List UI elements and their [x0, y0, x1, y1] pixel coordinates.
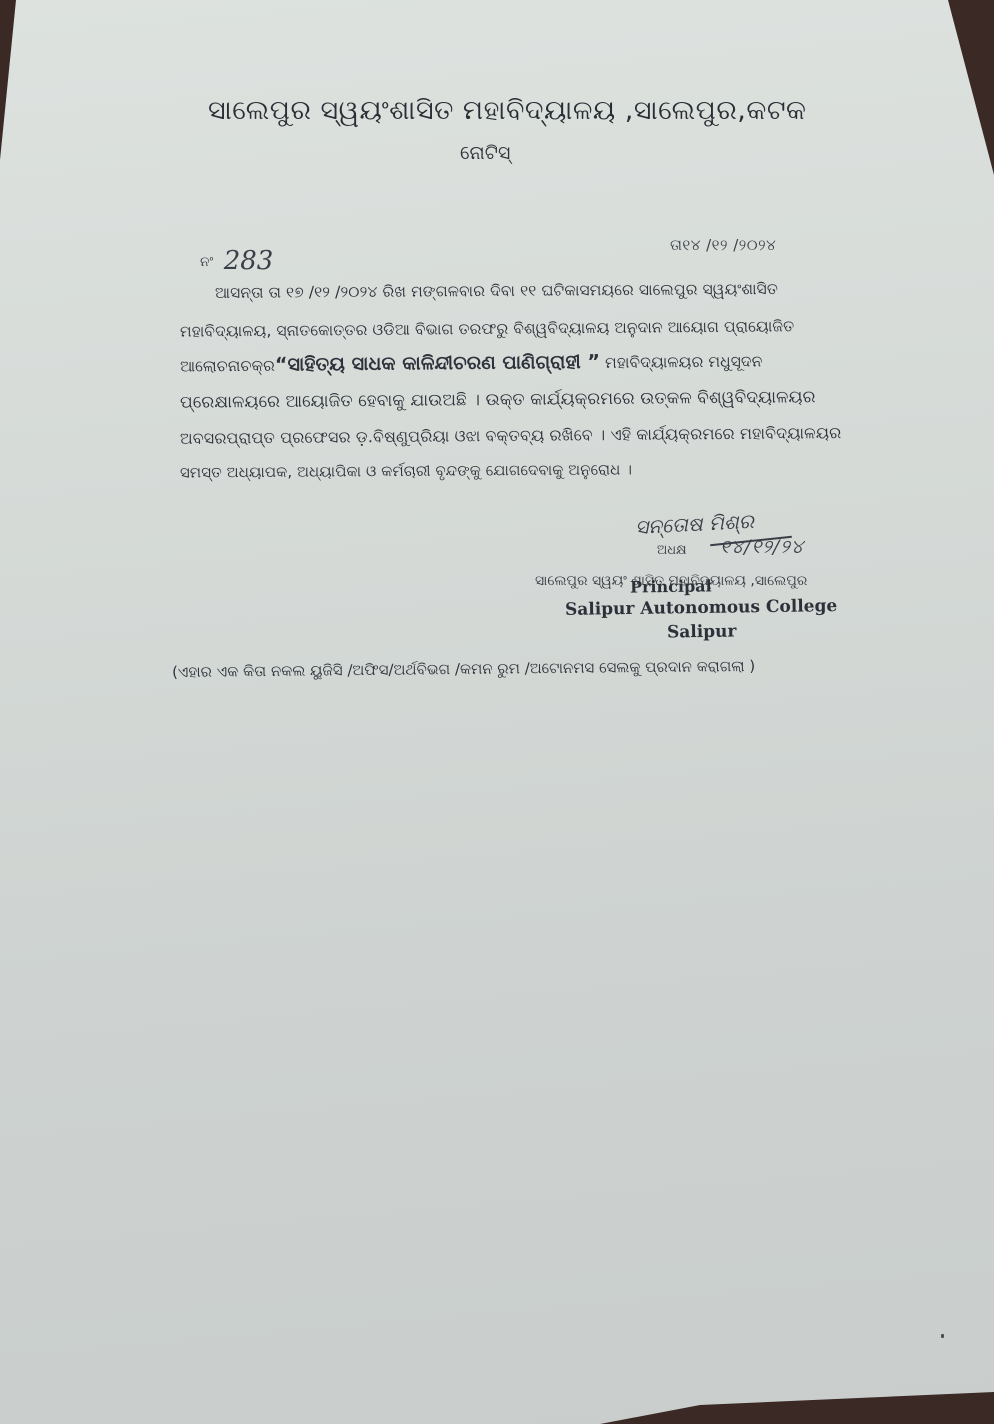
designation-label: ଅଧକ୍ଷ [657, 543, 687, 558]
stamp-place: Salipur [667, 622, 737, 643]
paper-speck [941, 1334, 944, 1338]
college-title: ସାଲେପୁର ସ୍ୱୟଂଶାସିତ ମହାବିଦ୍ୟାଳୟ ,ସାଲେପୁର,… [208, 95, 807, 127]
notice-number-prefix: ନଂ [200, 254, 213, 270]
notice-number: ନଂ 283 [200, 246, 273, 276]
body-line: ମହାବିଦ୍ୟାଳୟ, ସ୍ନାତକୋତ୍ତର ଓଡିଆ ବିଭାଗ ତରଫର… [180, 317, 794, 341]
handwritten-signature: ସନ୍ତୋଷ ମିଶ୍ର [634, 509, 754, 539]
notice-paper: ସାଲେପୁର ସ୍ୱୟଂଶାସିତ ମହାବିଦ୍ୟାଳୟ ,ସାଲେପୁର,… [0, 0, 994, 1424]
body-line-seminar-title: ଆଲୋଚନାଚକ୍ର“ସାହିତ୍ୟ ସାଧକ କାଳିନ୍ଦୀଚରଣ ପାଣି… [180, 349, 763, 376]
notice-heading: ନୋଟିସ୍ [460, 142, 510, 164]
body-line: ପ୍ରେକ୍ଷାଳୟରେ ଆୟୋଜିତ ହେବାକୁ ଯାଉଅଛି । ଉକ୍ତ… [180, 387, 816, 413]
notice-number-handwritten: 283 [224, 246, 274, 276]
body-line: ଆସନ୍ତା ତା ୧୭ /୧୨ /୨୦୨୪ ରିଖ ମଙ୍ଗଳବାର ଦିବା… [215, 280, 778, 303]
body-line: ଅବସରପ୍ରାପ୍ତ ପ୍ରଫେସର ଡ଼.ବିଷ୍ଣୁପ୍ରିୟା ଓଝା … [180, 423, 841, 449]
stamp-principal: Principal [630, 576, 712, 596]
copy-distribution-note: (ଏହାର ଏକ କିତା ନକଲ ୟୁଜିସି /ଅଫିସ/ଅର୍ଥବିଭଗ … [172, 657, 755, 681]
notice-date: ତା୧୪ /୧୨ /୨୦୨୪ [670, 236, 776, 254]
body-line: ସମସ୍ତ ଅଧ୍ୟାପକ, ଅଧ୍ୟାପିକା ଓ କର୍ମଚାରୀ ବୃନ୍… [180, 460, 632, 481]
stamp-college-name: Salipur Autonomous College [565, 596, 838, 620]
seminar-title: “ସାହିତ୍ୟ ସାଧକ କାଳିନ୍ଦୀଚରଣ ପାଣିଗ୍ରାହୀ ” [275, 351, 600, 376]
signature-date: ୧୪/୧୨/୨୪ [720, 536, 804, 558]
seminar-prefix: ଆଲୋଚନାଚକ୍ର [180, 357, 275, 376]
seminar-suffix: ମହାବିଦ୍ୟାଳୟର ମଧୁସୂଦନ [600, 352, 762, 371]
